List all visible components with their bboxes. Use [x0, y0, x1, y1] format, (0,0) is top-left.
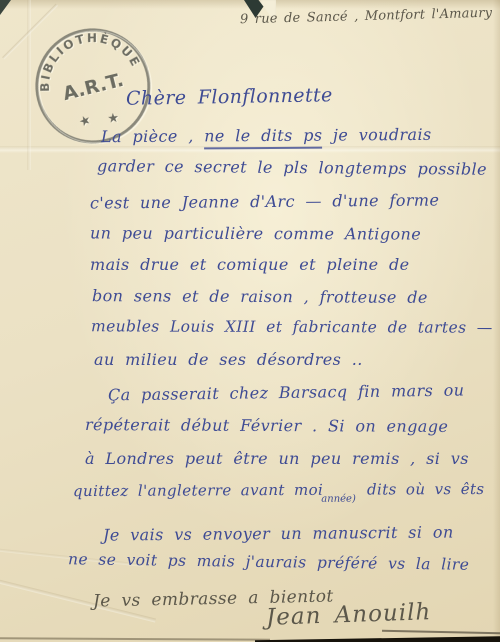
signature-flourish — [382, 630, 500, 634]
handwritten-line: au milieu de ses désordres .. — [94, 350, 363, 369]
stamp-center-text: A.R.T. — [61, 69, 126, 105]
handwritten-line: bon sens et de raison , frotteuse de — [92, 286, 428, 307]
paper-bottom-edge-right — [255, 636, 500, 642]
stamp-star-icon: ★ — [77, 112, 94, 130]
line13-pre: quittez l'angleterre avant moi — [73, 481, 323, 500]
handwritten-line: Je vais vs envoyer un manuscrit si on — [103, 522, 454, 544]
signature: Jean Anouilh — [266, 599, 432, 631]
paper-right-shadow — [493, 0, 500, 642]
handwritten-line: quittez l'angleterre avant moiannée) dit… — [73, 480, 485, 500]
handwritten-line: garder ce secret le pls longtemps possib… — [97, 156, 487, 178]
line13-inserted-word: année) — [321, 494, 356, 505]
line2-pre: La pièce , — [101, 126, 204, 146]
line13-post: dits où vs êts — [358, 480, 485, 499]
handwritten-line: à Londres peut être un peu remis , si vs — [85, 449, 469, 468]
stamp-star-icon: ★ — [107, 111, 120, 127]
salutation: Chère Flonflonnette — [126, 84, 333, 110]
letter-paper: BIBLIOTHÈQUE A.R.T. ★ ★ 9 rue de Sancé ,… — [0, 0, 500, 642]
line2-underlined-phrase: ne le dits ps — [204, 126, 322, 150]
handwritten-line: mais drue et comique et pleine de — [90, 255, 410, 274]
return-address: 9 rue de Sancé , Montfort l'Amaury — [240, 6, 493, 28]
paper-bottom-edge-left — [0, 637, 270, 640]
handwritten-line: répéterait début Février . Si on engage — [85, 415, 448, 436]
handwritten-line: un peu particulière comme Antigone — [90, 223, 421, 243]
torn-corner-topleft — [0, 0, 11, 15]
line2-post: je voudrais — [322, 125, 431, 145]
handwritten-line: c'est une Jeanne d'Arc — d'une forme — [90, 190, 439, 212]
handwritten-line: La pièce , ne le dits ps je voudrais — [101, 125, 432, 146]
handwritten-line: meubles Louis XIII et fabricante de tart… — [91, 317, 493, 336]
handwritten-line: Ça passerait chez Barsacq fin mars ou — [108, 381, 465, 405]
handwritten-line: ne se voit ps mais j'aurais préféré vs l… — [68, 550, 470, 574]
